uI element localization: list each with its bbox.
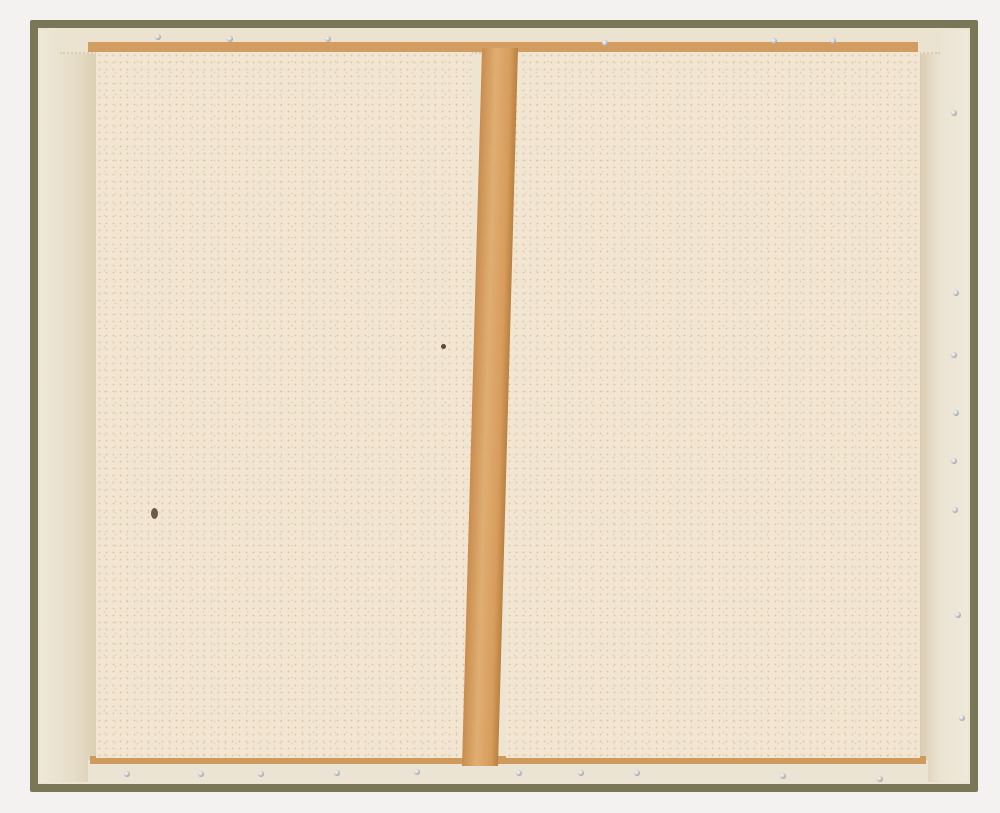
canvas-panel-left (96, 52, 472, 758)
tack-icon (414, 769, 420, 775)
tack-icon (634, 770, 640, 776)
tack-icon (602, 40, 608, 46)
tack-icon (830, 38, 836, 44)
tack-icon (516, 770, 522, 776)
canvas-fold-right (920, 30, 968, 782)
tack-icon (124, 771, 130, 777)
tack-icon (227, 36, 233, 42)
tack-icon (198, 771, 204, 777)
tack-icon (780, 773, 786, 779)
tack-icon (953, 290, 959, 296)
tack-icon (951, 110, 957, 116)
tack-icon (325, 36, 331, 42)
tack-icon (951, 352, 957, 358)
tack-icon (155, 34, 161, 40)
tack-icon (959, 715, 965, 721)
tack-icon (955, 612, 961, 618)
tack-icon (951, 458, 957, 464)
tack-icon (334, 770, 340, 776)
canvas-fold-left (40, 30, 100, 782)
tack-icon (258, 771, 264, 777)
tack-icon (877, 776, 883, 782)
canvas-panel-right (506, 52, 920, 758)
stain-spot (151, 508, 158, 519)
tack-icon (771, 38, 777, 44)
tack-icon (952, 507, 958, 513)
tack-icon (953, 410, 959, 416)
tack-icon (578, 770, 584, 776)
stain-spot (441, 344, 446, 349)
